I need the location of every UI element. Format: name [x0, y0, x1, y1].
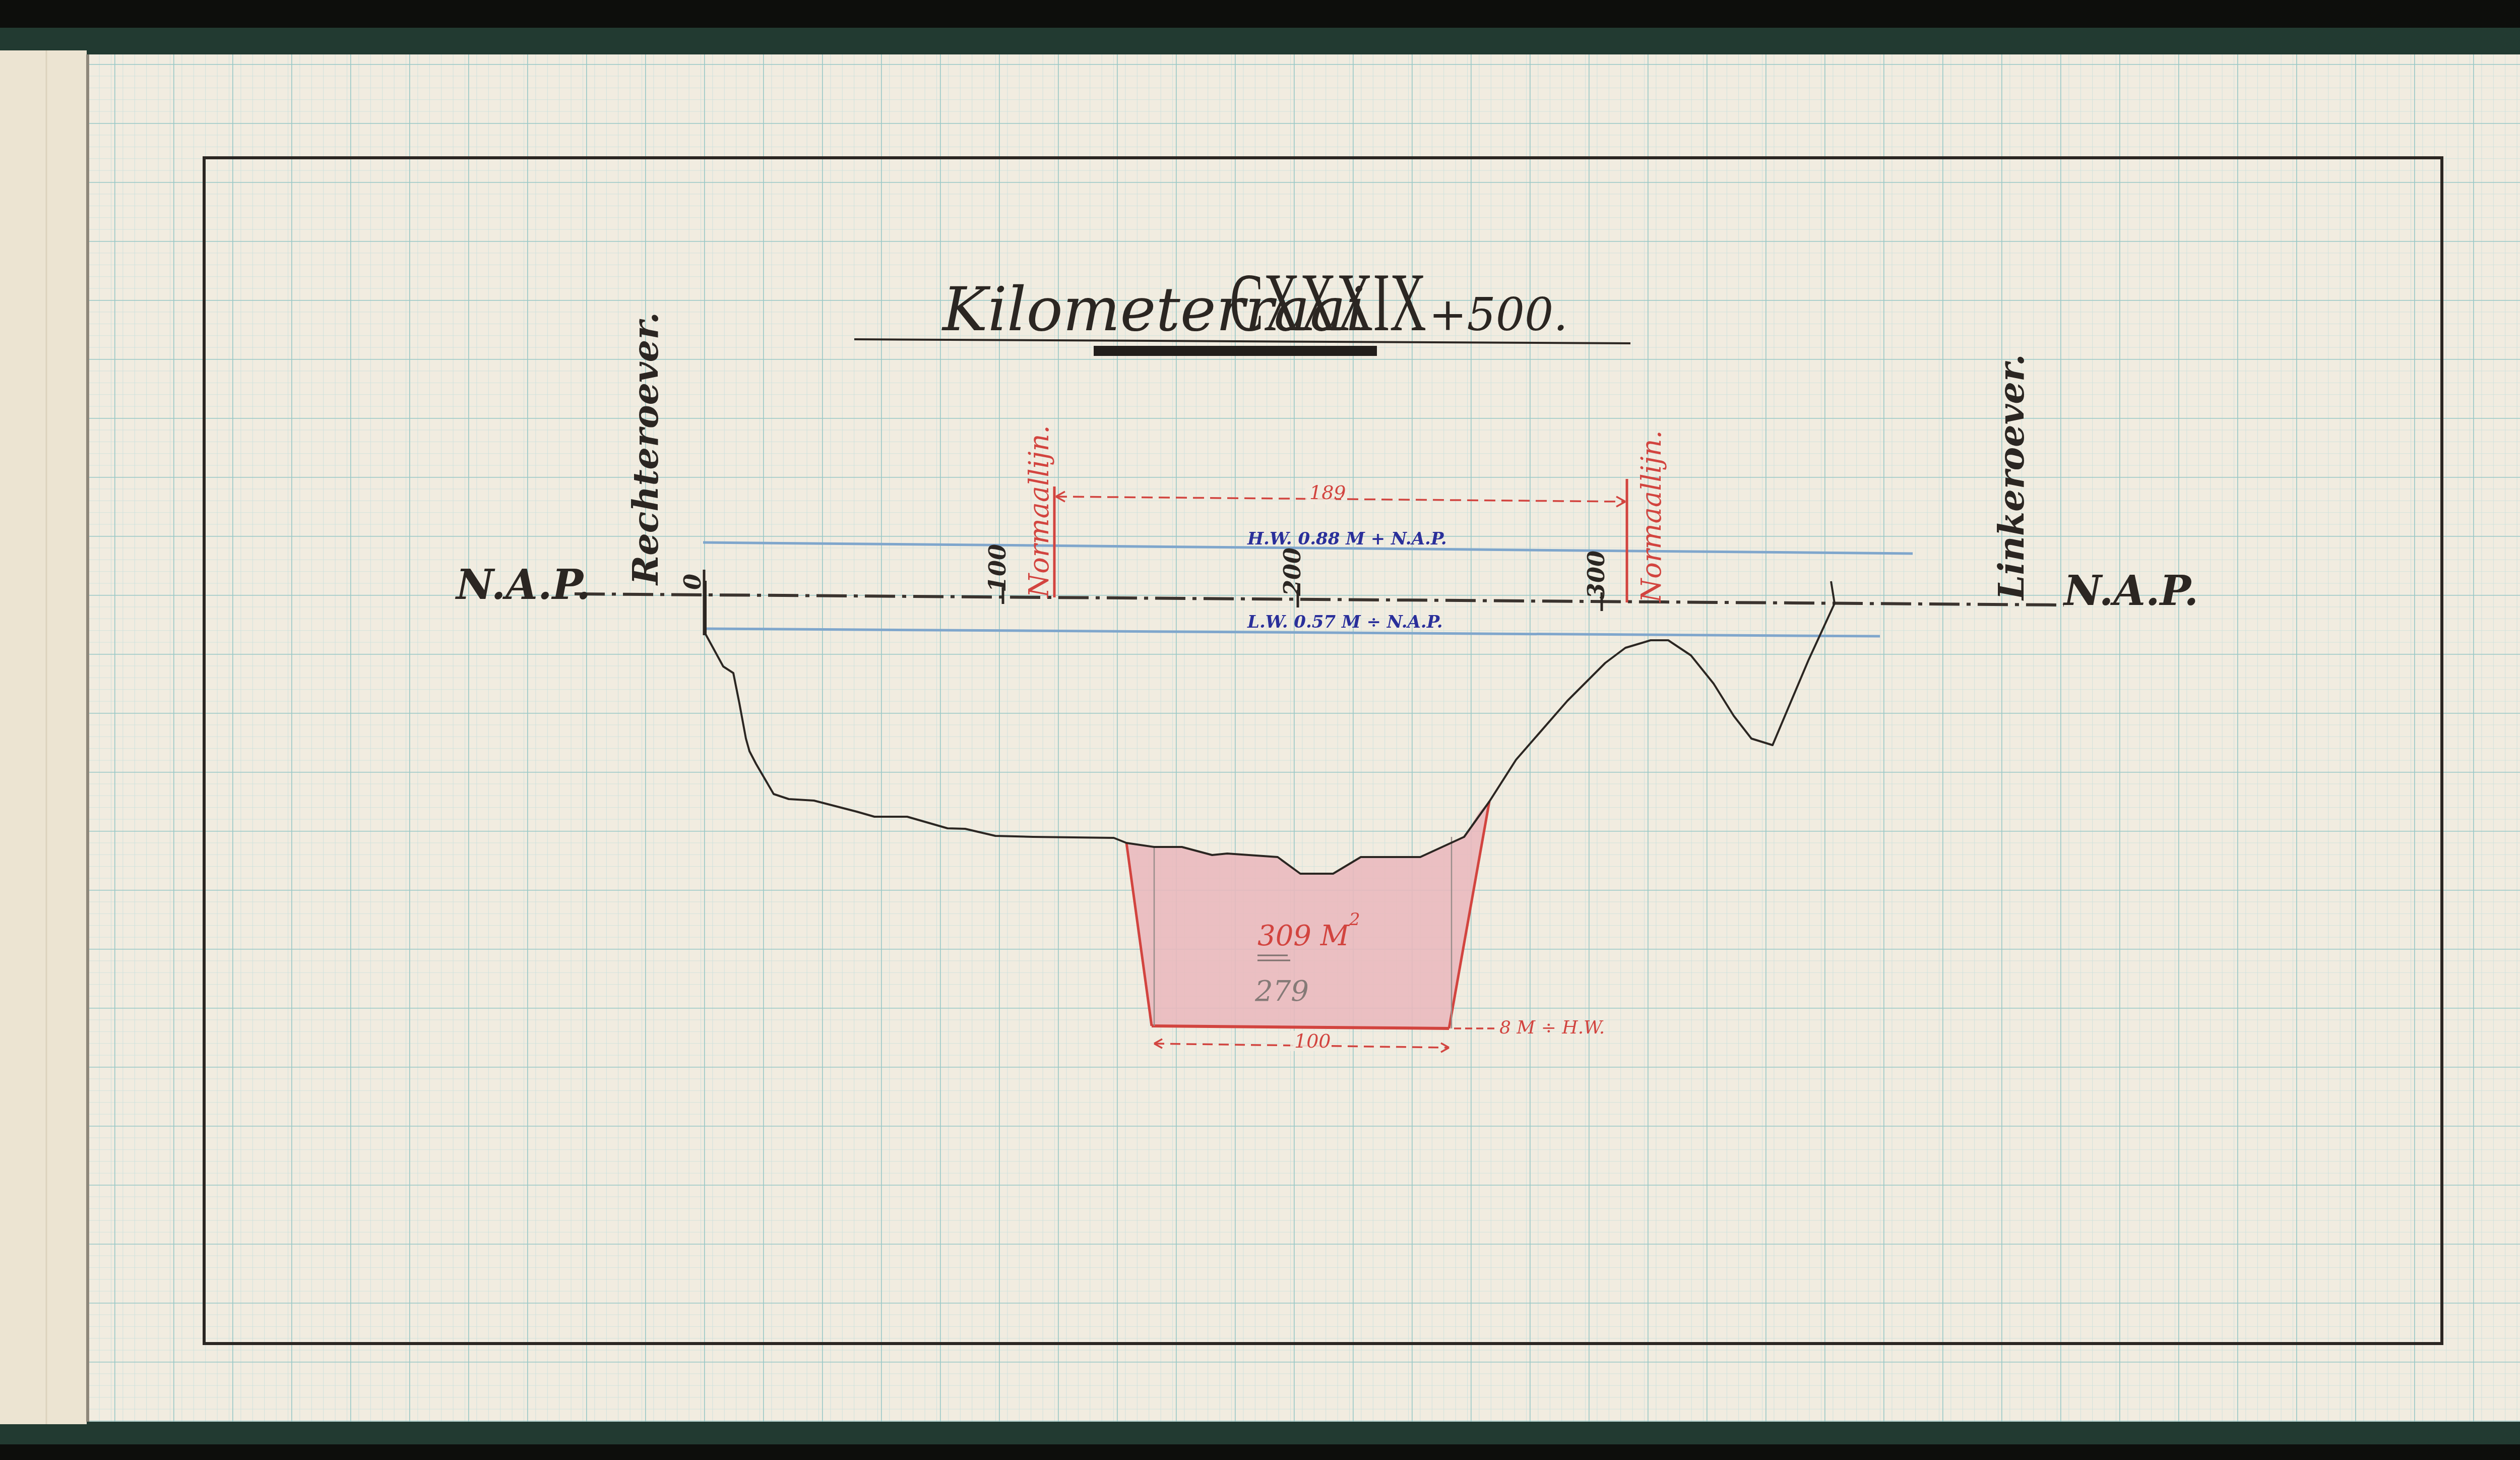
cover-top-edge [0, 28, 2520, 58]
dredge-area-pencil: 279 [1254, 975, 1309, 1008]
channel-bottom-width-label: 100 [1294, 1030, 1331, 1052]
title-bar [1094, 346, 1179, 356]
title-bar-2 [1179, 346, 1377, 356]
title-roman: CXXXIX [1230, 256, 1426, 348]
facing-page [0, 50, 87, 1424]
dredge-area-value: 309 M [1257, 920, 1350, 952]
datum-label-right: N.A.P. [2062, 567, 2198, 615]
scale-label-100: 100 [984, 544, 1011, 592]
bank-label-left: Rechteroever. [624, 312, 666, 586]
cover-bottom-edge [0, 1422, 2520, 1444]
high-water-label: H.W. 0.88 M + N.A.P. [1247, 529, 1447, 549]
drawing-sheet: Kilometerraai CXXXIX +500. H.W. 0.88 M +… [0, 0, 2520, 1460]
scale-label-0: 0 [679, 574, 706, 590]
scale-label-300: 300 [1583, 551, 1610, 599]
datum-label-left: N.A.P. [455, 561, 591, 609]
normal-line-left-label: Normaallijn. [1023, 425, 1055, 598]
bank-label-right: Linkeroever. [1990, 354, 2032, 601]
scale-label-200: 200 [1279, 547, 1306, 596]
low-water-label: L.W. 0.57 M ÷ N.A.P. [1247, 612, 1442, 632]
dredge-area-superscript: 2 [1349, 909, 1360, 930]
title-suffix: +500. [1429, 288, 1568, 341]
normal-line-right-label: Normaallijn. [1635, 430, 1667, 603]
channel-depth-label: 8 M ÷ H.W. [1499, 1017, 1605, 1038]
normal-width-label: 189 [1309, 481, 1346, 504]
